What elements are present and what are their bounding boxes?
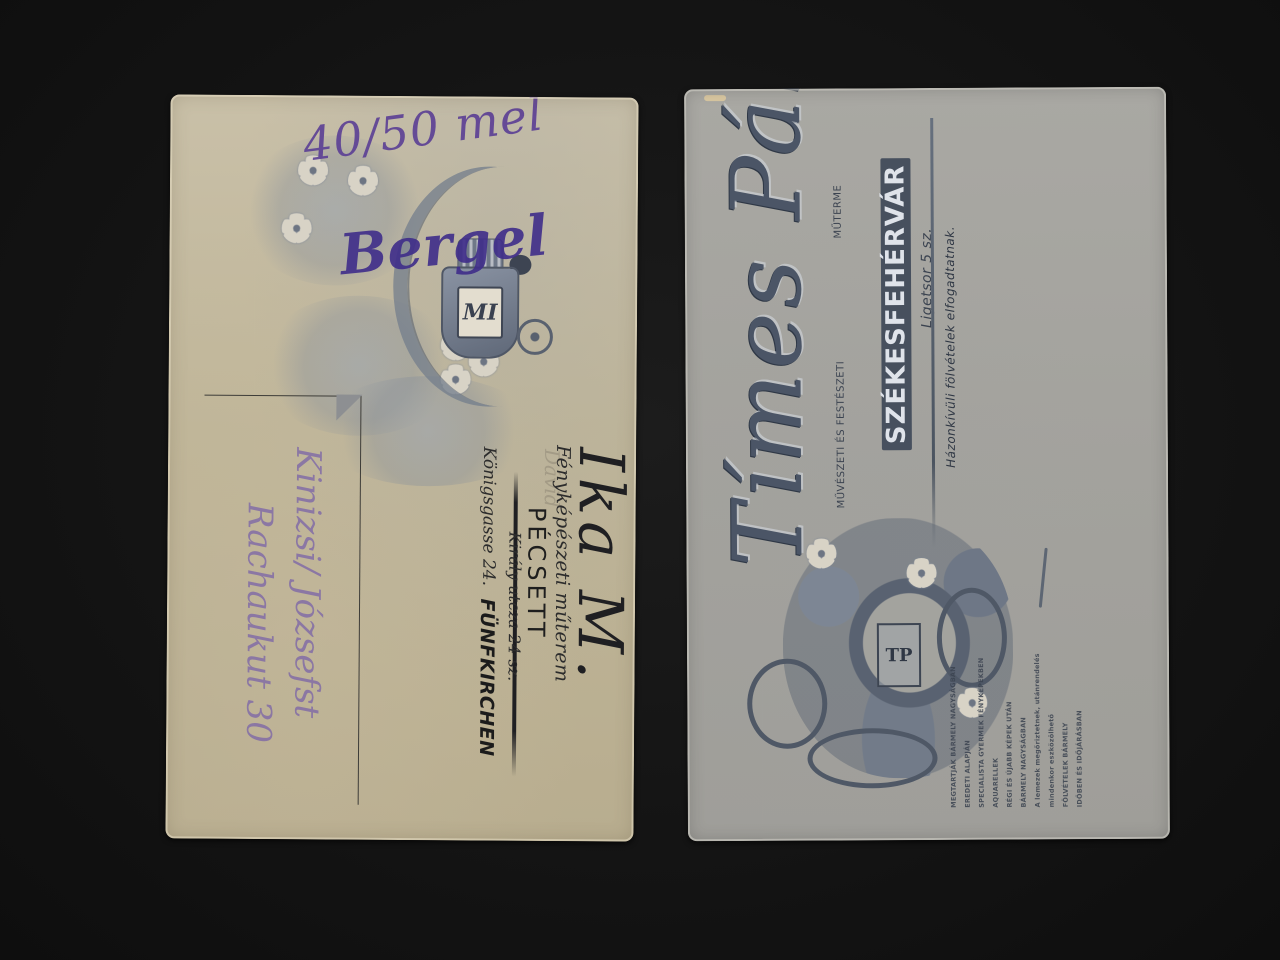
card-edge (684, 87, 1170, 842)
card-edge (165, 94, 638, 841)
photo-card-back-right: Tímes Pál MŰVÉSZETI ÉS FESTÉSZETI MŰTERM… (684, 87, 1170, 842)
photo-card-back-left: MI Ika M. Fényképészeti műterem PÉCSETT … (165, 94, 638, 841)
